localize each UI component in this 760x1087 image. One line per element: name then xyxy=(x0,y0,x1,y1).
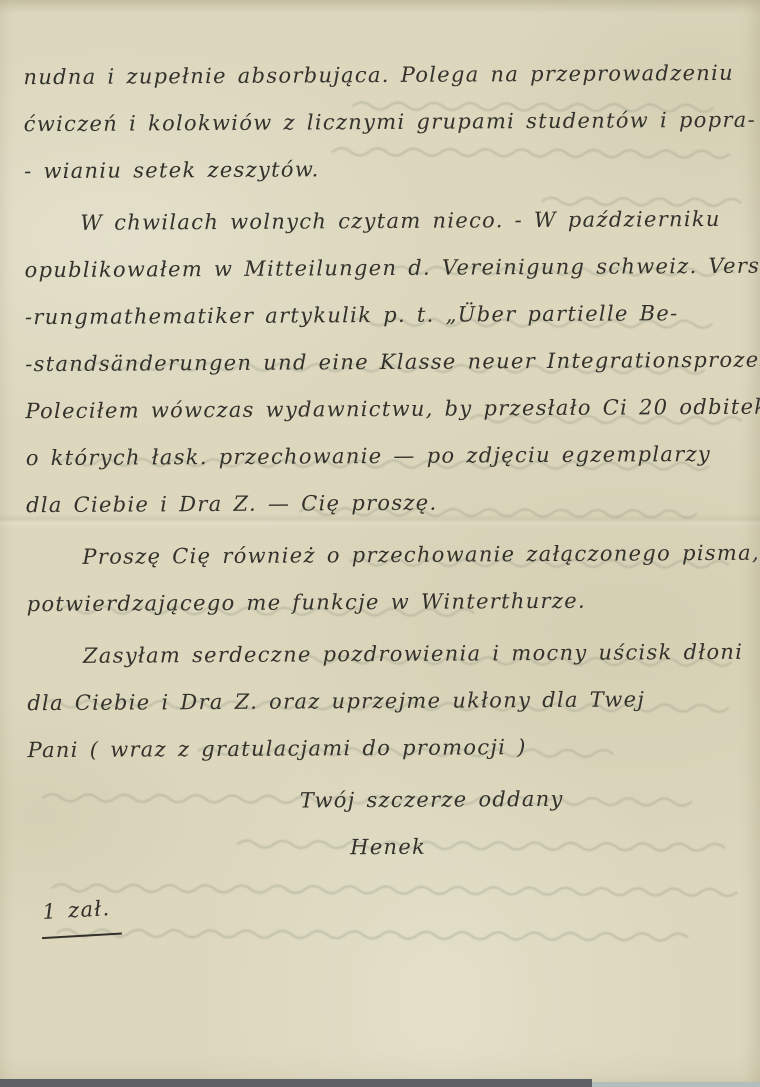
paragraph: Zasyłam serdeczne pozdrowienia i mocny u… xyxy=(27,629,738,774)
handwritten-line: Zasyłam serdeczne pozdrowienia i mocny u… xyxy=(27,629,737,680)
scan-edge-light xyxy=(592,1082,760,1087)
paragraph: Proszę Cię również o przechowanie załącz… xyxy=(26,530,737,628)
handwritten-line: o których łask. przechowanie — po zdjęci… xyxy=(26,431,736,482)
signature: Henek xyxy=(350,822,738,871)
handwritten-line: Pani ( wraz z gratulacjami do promocji ) xyxy=(27,723,737,774)
handwritten-line: dla Ciebie i Dra Z. — Cię proszę. xyxy=(26,478,736,529)
attachment-note: 1 zał. xyxy=(39,885,122,940)
letter-body: nudna i zupełnie absorbująca. Polega na … xyxy=(23,50,738,937)
handwritten-line: - wianiu setek zeszytów. xyxy=(24,144,734,195)
scan-edge-dark xyxy=(0,1079,592,1087)
paragraph: W chwilach wolnych czytam nieco. - W paź… xyxy=(24,196,736,529)
handwritten-line: nudna i zupełnie absorbująca. Polega na … xyxy=(23,50,733,101)
handwritten-line: potwierdzającego me funkcje w Winterthur… xyxy=(27,577,737,628)
attachment-block: 1 zał. xyxy=(40,883,738,937)
closing-line: Twój szczerze oddany xyxy=(300,775,738,825)
handwritten-line: dla Ciebie i Dra Z. oraz uprzejme ukłony… xyxy=(27,676,737,727)
handwritten-line: ćwiczeń i kolokwiów z licznymi grupami s… xyxy=(24,97,734,148)
handwritten-line: W chwilach wolnych czytam nieco. - W paź… xyxy=(24,196,734,247)
handwritten-line: Proszę Cię również o przechowanie załącz… xyxy=(26,530,736,581)
handwritten-line: opublikowałem w Mitteilungen d. Vereinig… xyxy=(24,243,734,294)
handwritten-line: Poleciłem wówczas wydawnictwu, by przesł… xyxy=(25,384,735,435)
paragraph: nudna i zupełnie absorbująca. Polega na … xyxy=(23,50,734,195)
handwritten-line: -rungmathematiker artykulik p. t. „Über … xyxy=(25,290,735,341)
letter-page: nudna i zupełnie absorbująca. Polega na … xyxy=(0,0,760,1087)
handwritten-line: -standsänderungen und eine Klasse neuer … xyxy=(25,337,735,388)
paragraphs: nudna i zupełnie absorbująca. Polega na … xyxy=(23,50,737,774)
